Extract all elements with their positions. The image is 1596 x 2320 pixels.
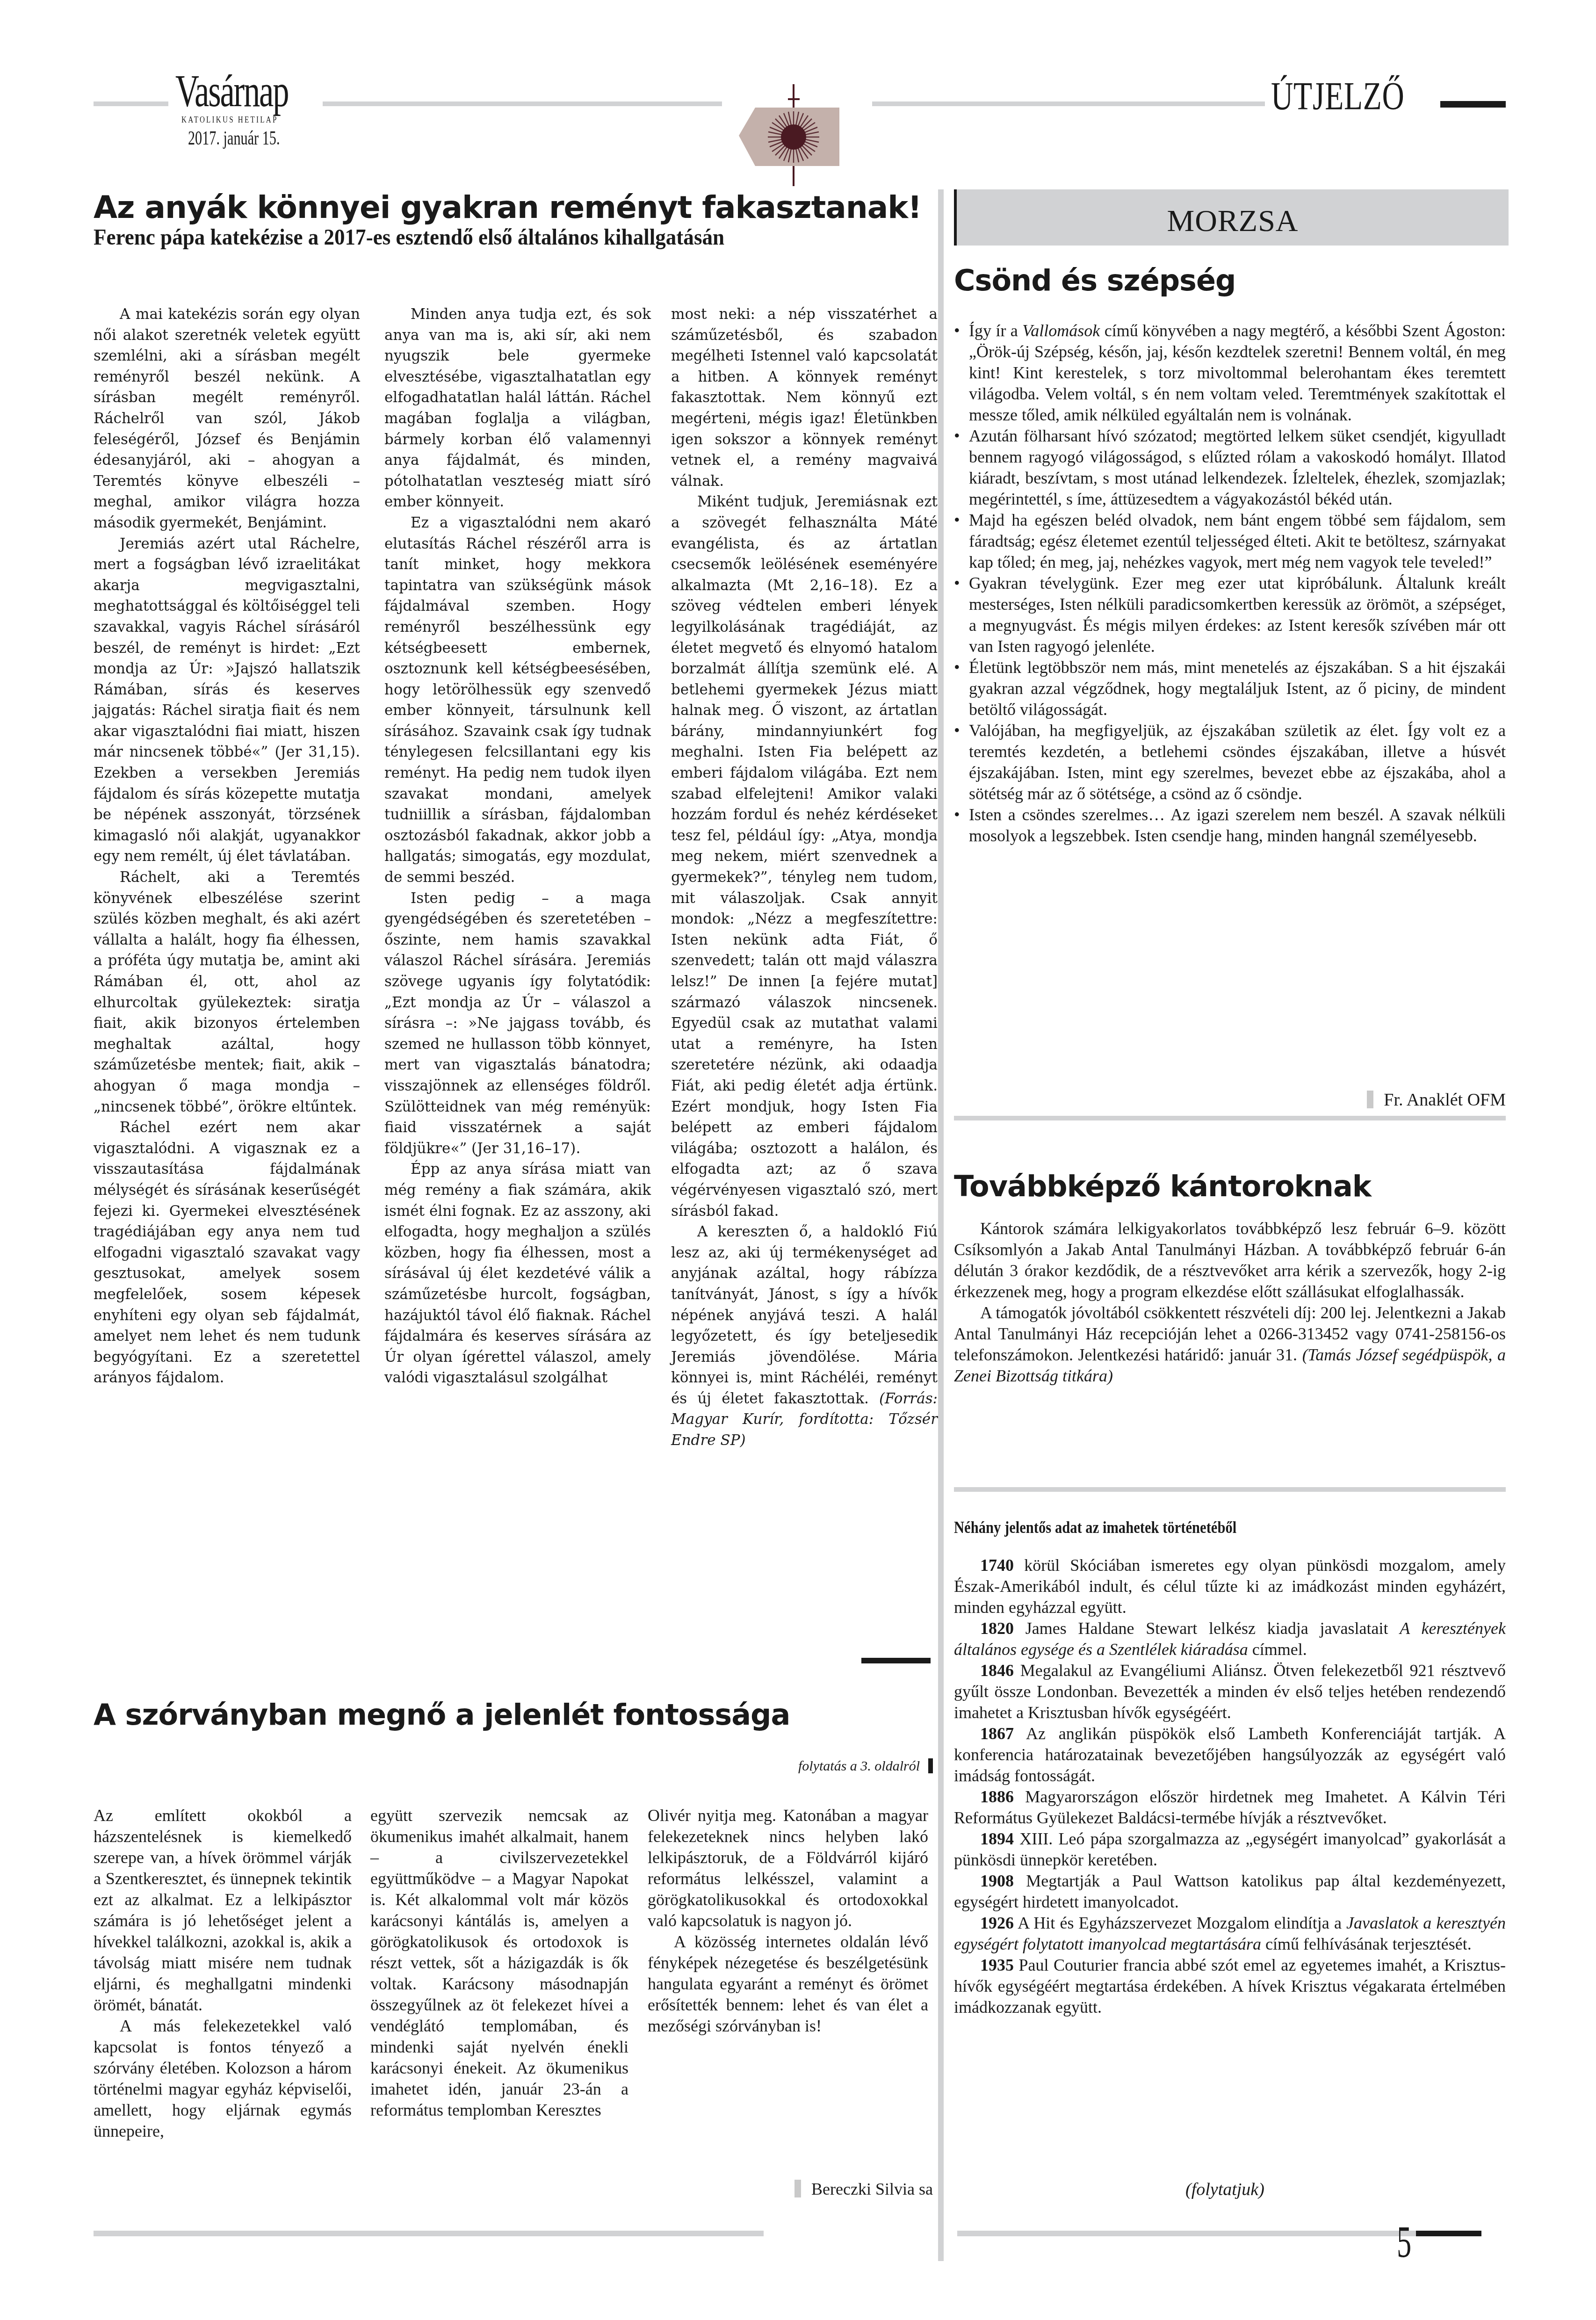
paragraph: most neki: a nép visszatérhet a száműzet…	[671, 304, 938, 491]
paragraph: együtt szervezik nemcsak az ökumenikus i…	[370, 1805, 628, 2121]
article1-column-1: A mai katekézis során egy olyan női alak…	[94, 304, 360, 1388]
list-item: Gyakran tévelygünk. Ezer meg ezer utat k…	[954, 573, 1506, 657]
paragraph: Jeremiás azért utal Ráchelre, mert a fog…	[94, 534, 360, 867]
list-item: 1926 A Hit és Egyházszervezet Mozgalom e…	[954, 1913, 1506, 1955]
masthead-logo: Vasárnap	[175, 68, 288, 114]
list-item: 1908 Megtartják a Paul Wattson katolikus…	[954, 1871, 1506, 1913]
morzsa-box: MORZSA	[954, 189, 1509, 246]
paragraph: Ez a vigasztalódni nem akaró elutasítás …	[384, 513, 651, 888]
section-title: ÚTJELZŐ	[1271, 74, 1405, 119]
masthead-logo-subtitle: KATOLIKUS HETILAP	[181, 115, 278, 125]
morzsa-label: MORZSA	[957, 203, 1509, 239]
monstrance-sun-icon	[739, 70, 860, 187]
paragraph: Ráchel ezért nem akar vigasztalódni. A v…	[94, 1117, 360, 1388]
morzsa-signature: Fr. Anaklét OFM	[1367, 1090, 1506, 1110]
morzsa-bullet-list: Így ír a Vallomások című könyvében a nag…	[954, 320, 1506, 846]
issue-date: 2017. január 15.	[188, 127, 280, 150]
article2-column-2: együtt szervezik nemcsak az ökumenikus i…	[370, 1805, 628, 2121]
continued-note: (folytatjuk)	[1185, 2179, 1264, 2200]
article2-signature: Bereczki Silvia sa	[794, 2179, 933, 2199]
footer-black-bar	[1416, 2231, 1481, 2236]
list-item: 1867 Az anglikán püspökök első Lambeth K…	[954, 1723, 1506, 1786]
imahet-body: 1740 körül Skóciában ismeretes egy olyan…	[954, 1555, 1506, 2018]
article1-column-3: most neki: a nép visszatérhet a száműzet…	[671, 304, 938, 1451]
list-item: 1935 Paul Couturier francia abbé szót em…	[954, 1955, 1506, 2018]
list-item: Életünk legtöbbször nem más, mint menete…	[954, 657, 1506, 720]
list-item: 1846 Megalakul az Evangéliumi Aliánsz. Ö…	[954, 1660, 1506, 1723]
footer-rule-left-main	[94, 2231, 701, 2236]
signature-bar	[1367, 1091, 1373, 1108]
paragraph: A közösség internetes oldalán lévő fényk…	[648, 1931, 928, 2037]
list-item: Isten a csöndes szerelmes… Az igazi szer…	[954, 804, 1506, 846]
imahet-title: Néhány jelentős adat az imahetek történe…	[954, 1518, 1236, 1537]
article-subtitle: Ferenc pápa katekézise a 2017-es esztend…	[94, 224, 724, 250]
section-title-bar	[1440, 101, 1506, 108]
list-item: 1886 Magyarországon először hirdetnek me…	[954, 1786, 1506, 1829]
list-item: 1740 körül Skóciában ismeretes egy olyan…	[954, 1555, 1506, 1618]
section-divider	[954, 1487, 1506, 1492]
article2-column-3: Olivér nyitja meg. Katonában a magyar fe…	[648, 1805, 928, 2037]
footer-rule-left	[701, 2231, 764, 2236]
article-end-rule	[861, 1658, 931, 1663]
article1-column-2: Minden anya tudja ezt, és sok anya van m…	[384, 304, 651, 1388]
paragraph: Isten pedig – a maga gyengédségében és s…	[384, 888, 651, 1159]
column-divider	[938, 189, 944, 2261]
list-item: 1820 James Haldane Stewart lelkész kiadj…	[954, 1618, 1506, 1660]
list-item: 1894 XIII. Leó pápa szorgalmazza az „egy…	[954, 1829, 1506, 1871]
article2-column-1: Az említett okokból a házszentelésnek is…	[94, 1805, 352, 2142]
masthead-rule-right	[872, 101, 1265, 106]
signature-bar	[794, 2180, 801, 2197]
paragraph: Olivér nyitja meg. Katonában a magyar fe…	[648, 1805, 928, 1931]
paragraph: Az említett okokból a házszentelésnek is…	[94, 1805, 352, 2016]
list-item: Így ír a Vallomások című könyvében a nag…	[954, 320, 1506, 426]
list-item: Majd ha egészen beléd olvadok, nem bánt …	[954, 510, 1506, 573]
section-divider	[954, 1116, 1506, 1120]
paragraph: Miként tudjuk, Jeremiásnak ezt a szövegé…	[671, 491, 938, 1221]
paragraph: Kántorok számára lelkigyakorlatos tovább…	[954, 1218, 1506, 1302]
kantor-title: Továbbképző kántoroknak	[954, 1169, 1371, 1203]
paragraph: A mai katekézis során egy olyan női alak…	[94, 304, 360, 534]
paragraph: A kereszten ő, a haldokló Fiú lesz az, a…	[671, 1221, 938, 1451]
list-item: Valójában, ha megfigyeljük, az éjszakába…	[954, 720, 1506, 804]
paragraph: Épp az anya sírása miatt van még remény …	[384, 1159, 651, 1388]
article2-title: A szórványban megnő a jelenlét fontosság…	[94, 1698, 790, 1732]
page-number: 5	[1397, 2216, 1411, 2268]
list-item: Azután fölharsant hívó szózatod; megtört…	[954, 426, 1506, 510]
morzsa-title: Csönd és szépség	[954, 263, 1235, 297]
paragraph: Minden anya tudja ezt, és sok anya van m…	[384, 304, 651, 513]
continuation-bar	[928, 1758, 933, 1773]
paragraph: Ráchelt, aki a Teremtés könyvének elbesz…	[94, 867, 360, 1117]
paragraph: A támogatók jóvoltából csökkentett részv…	[954, 1302, 1506, 1387]
morzsa-body: Így ír a Vallomások című könyvében a nag…	[954, 320, 1506, 846]
continuation-note: folytatás a 3. oldalról	[798, 1758, 933, 1774]
article-headline: Az anyák könnyei gyakran reményt fakaszt…	[94, 189, 921, 225]
kantor-body: Kántorok számára lelkigyakorlatos tovább…	[954, 1218, 1506, 1387]
paragraph: A más felekezetekkel való kapcsolat is f…	[94, 2016, 352, 2142]
